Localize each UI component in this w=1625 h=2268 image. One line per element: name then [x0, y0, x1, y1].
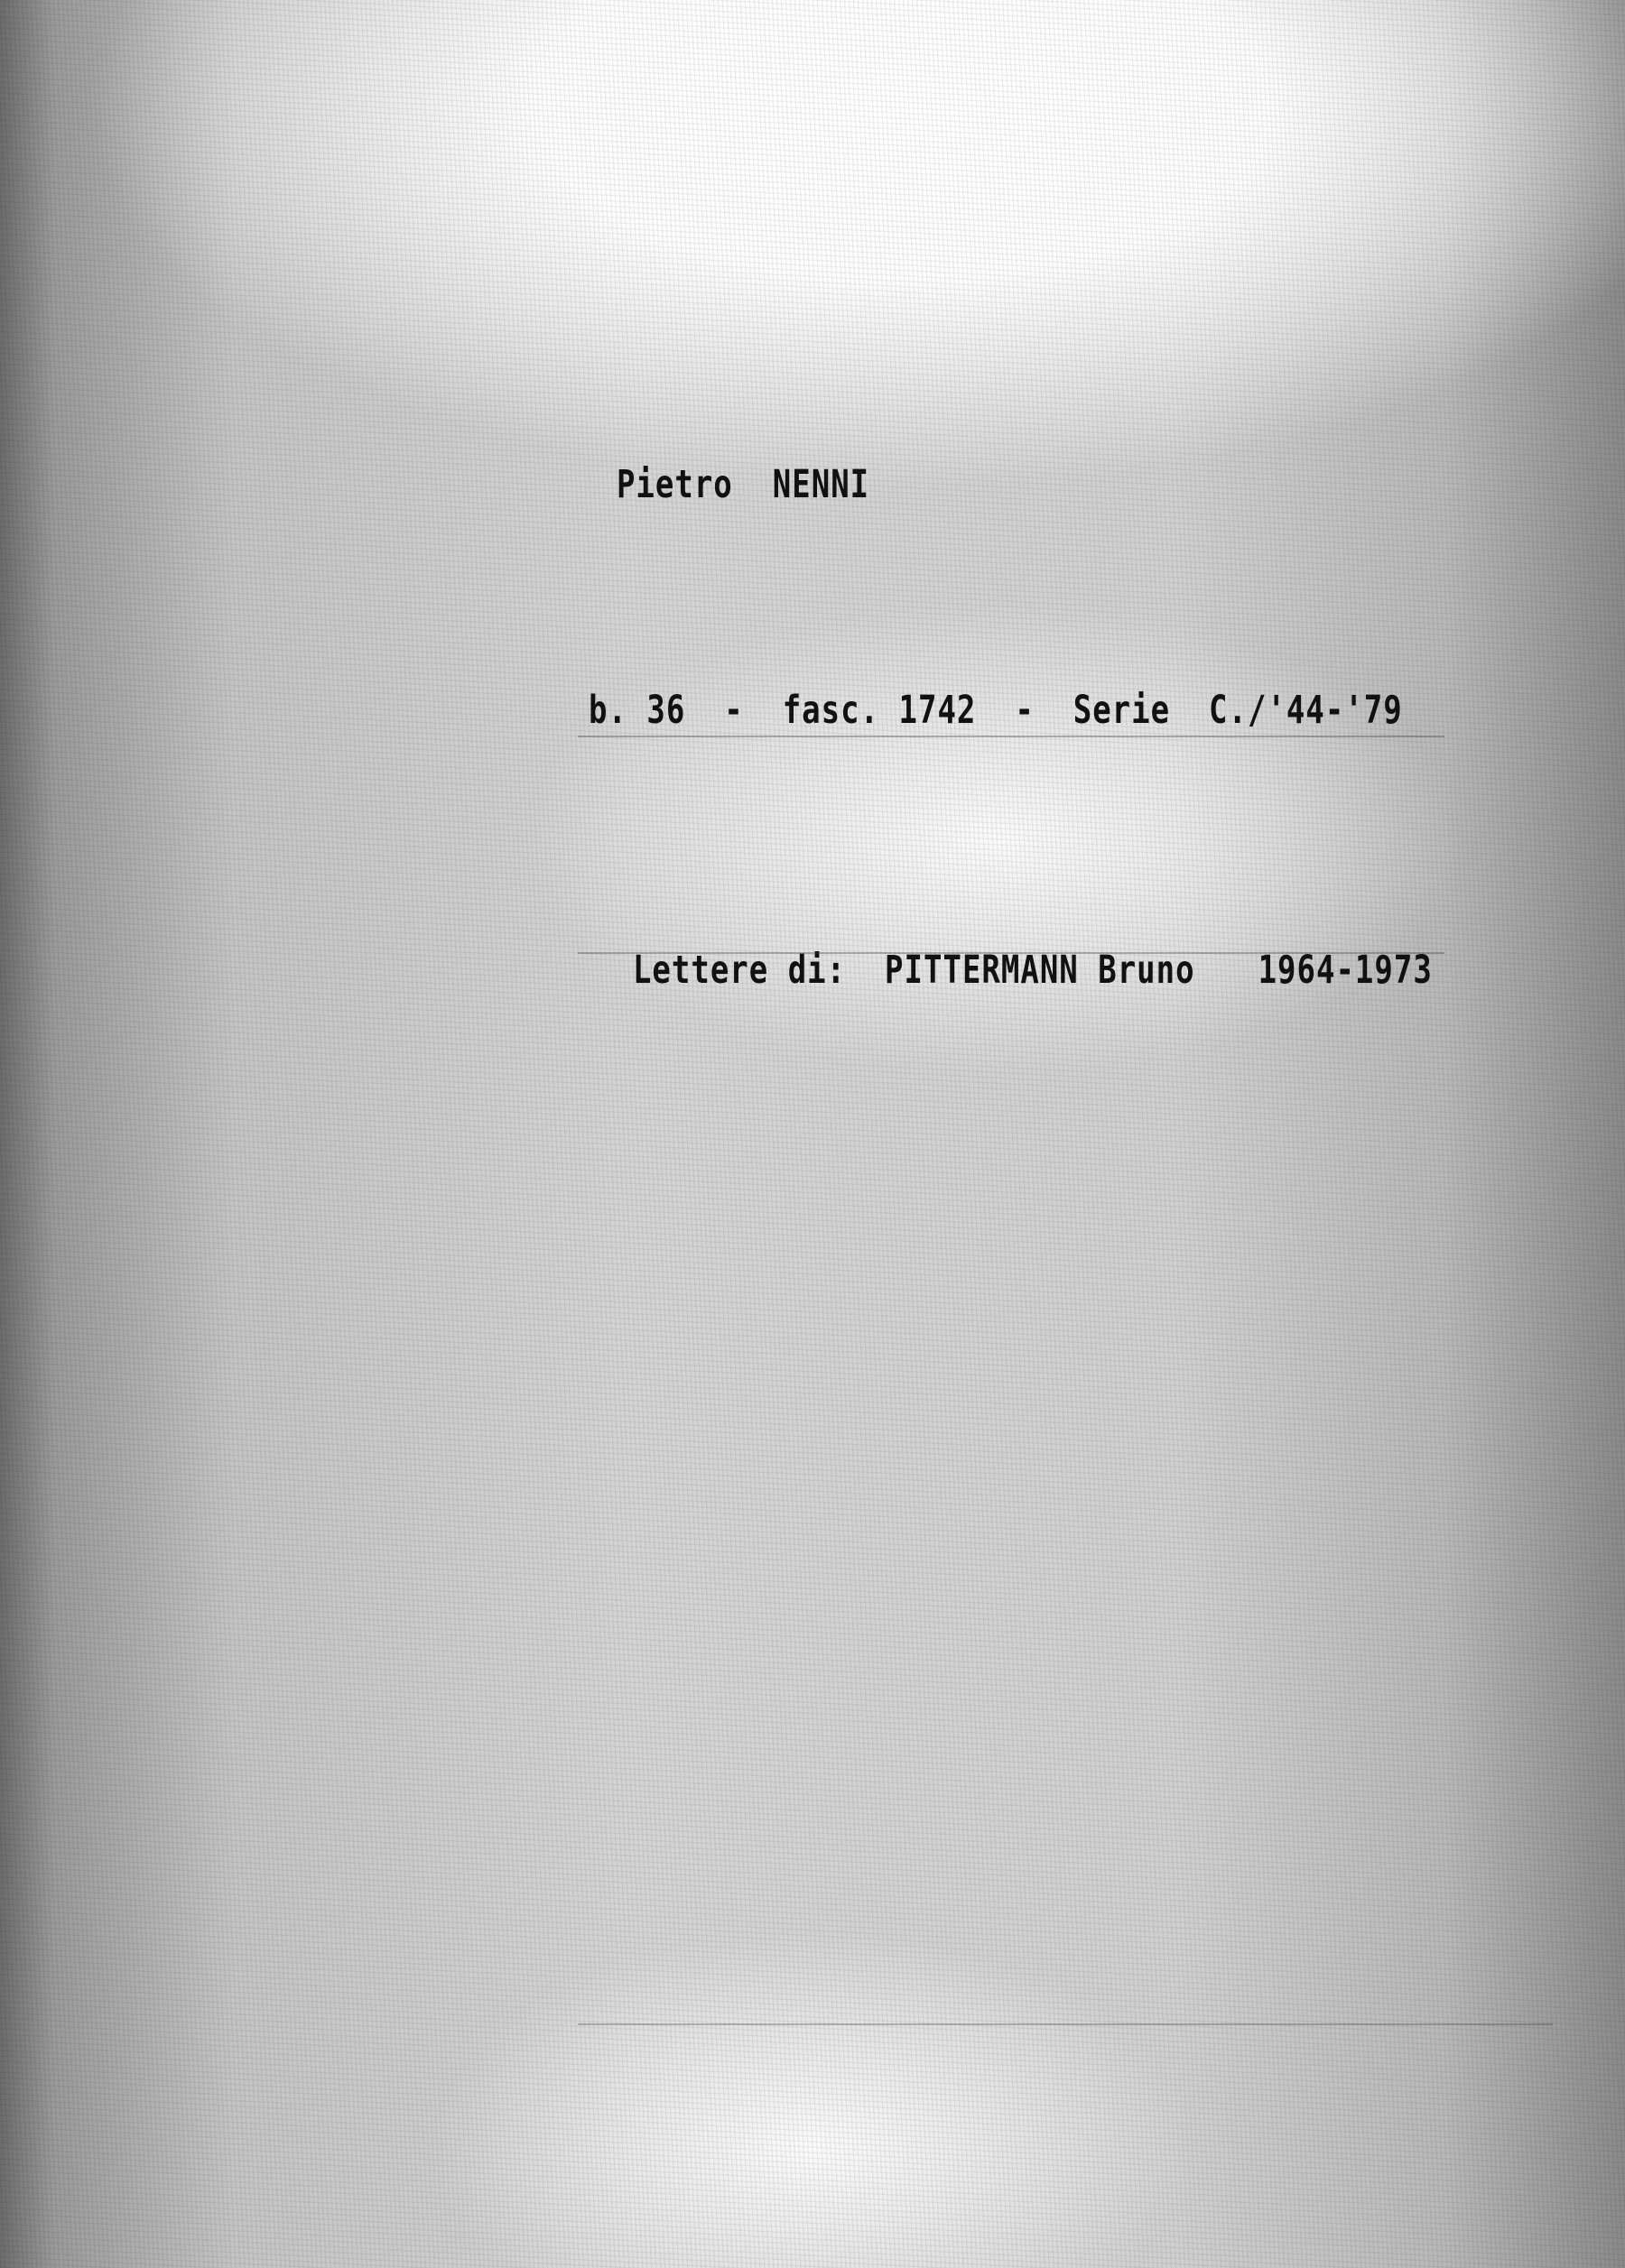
reference-underline — [578, 736, 1444, 737]
author-heading: PietroNENNI — [578, 417, 869, 507]
correspondence-line: Lettere di: PITTERMANN Bruno1964-1973 — [594, 903, 1433, 993]
bottom-rule — [578, 2023, 1553, 2025]
archive-reference: b. 36 - fasc. 1742 - Serie C./'44-'79 — [589, 688, 1403, 733]
author-surname: NENNI — [773, 462, 869, 507]
correspondence-dates: 1964-1973 — [1258, 948, 1433, 993]
scanned-page — [0, 0, 1625, 2268]
correspondence-label: Lettere di: PITTERMANN Bruno — [633, 948, 1195, 993]
correspondence-underline — [578, 952, 1444, 954]
author-first-name: Pietro — [617, 462, 733, 507]
